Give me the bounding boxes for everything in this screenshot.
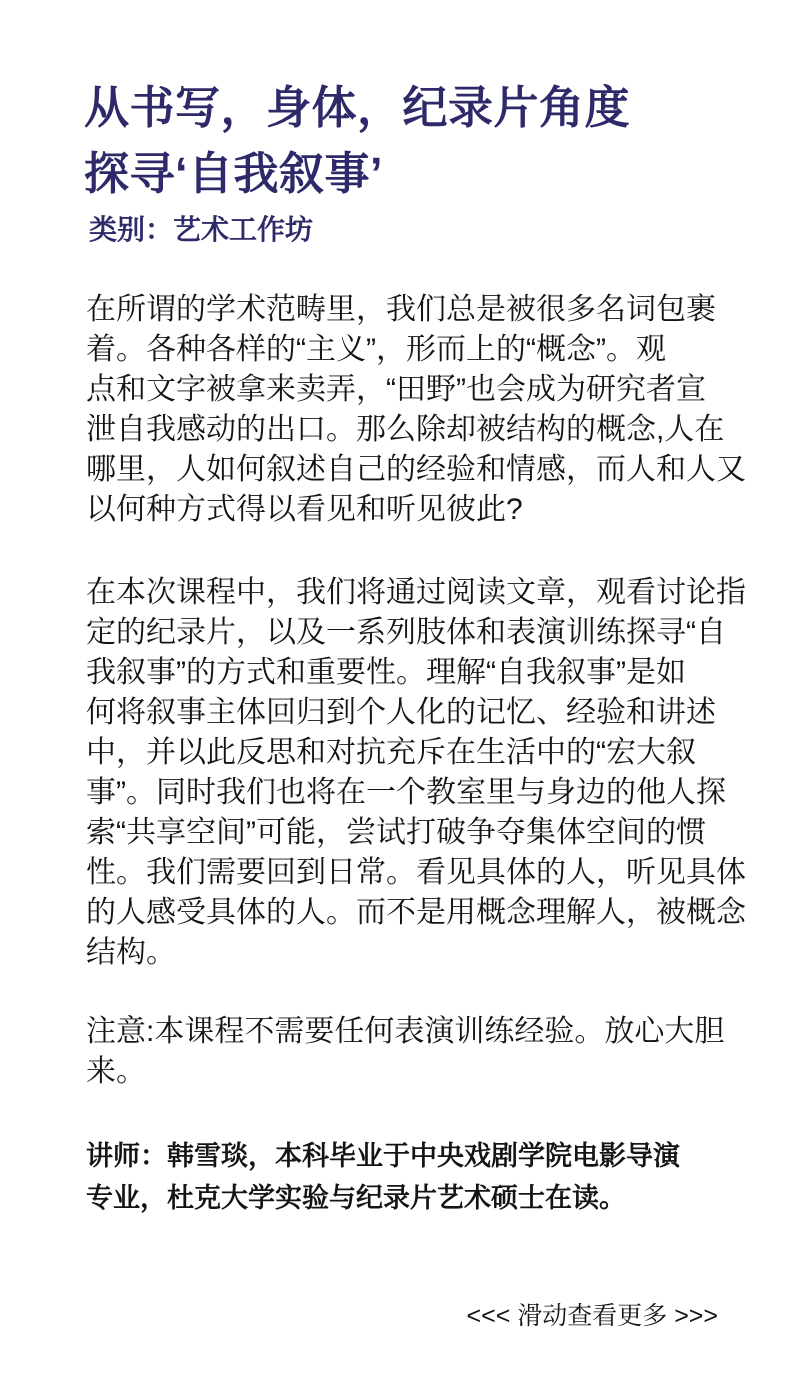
swipe-for-more-hint[interactable]: <<< 滑动查看更多 >>> [467,1298,719,1334]
page-title: 从书写，身体，纪录片角度 探寻‘自我叙事’ [84,75,630,207]
course-description-paragraph: 在本次课程中，我们将通过阅读文章，观看讨论指 定的纪录片，以及一系列肢体和表演训… [86,573,746,973]
category-label: 类别：艺术工作坊 [89,212,313,248]
note-paragraph: 注意:本课程不需要任何表演训练经验。放心大胆 来。 [86,1012,724,1092]
instructor-credit: 讲师：韩雪琰，本科毕业于中央戏剧学院电影导演 专业，杜克大学实验与纪录片艺术硕士… [86,1135,680,1219]
workshop-poster-page: 从书写，身体，纪录片角度 探寻‘自我叙事’ 类别：艺术工作坊 在所谓的学术范畴里… [0,0,800,1400]
intro-paragraph: 在所谓的学术范畴里，我们总是被很多名词包裹 着。各种各样的“主义”，形而上的“概… [86,290,746,530]
